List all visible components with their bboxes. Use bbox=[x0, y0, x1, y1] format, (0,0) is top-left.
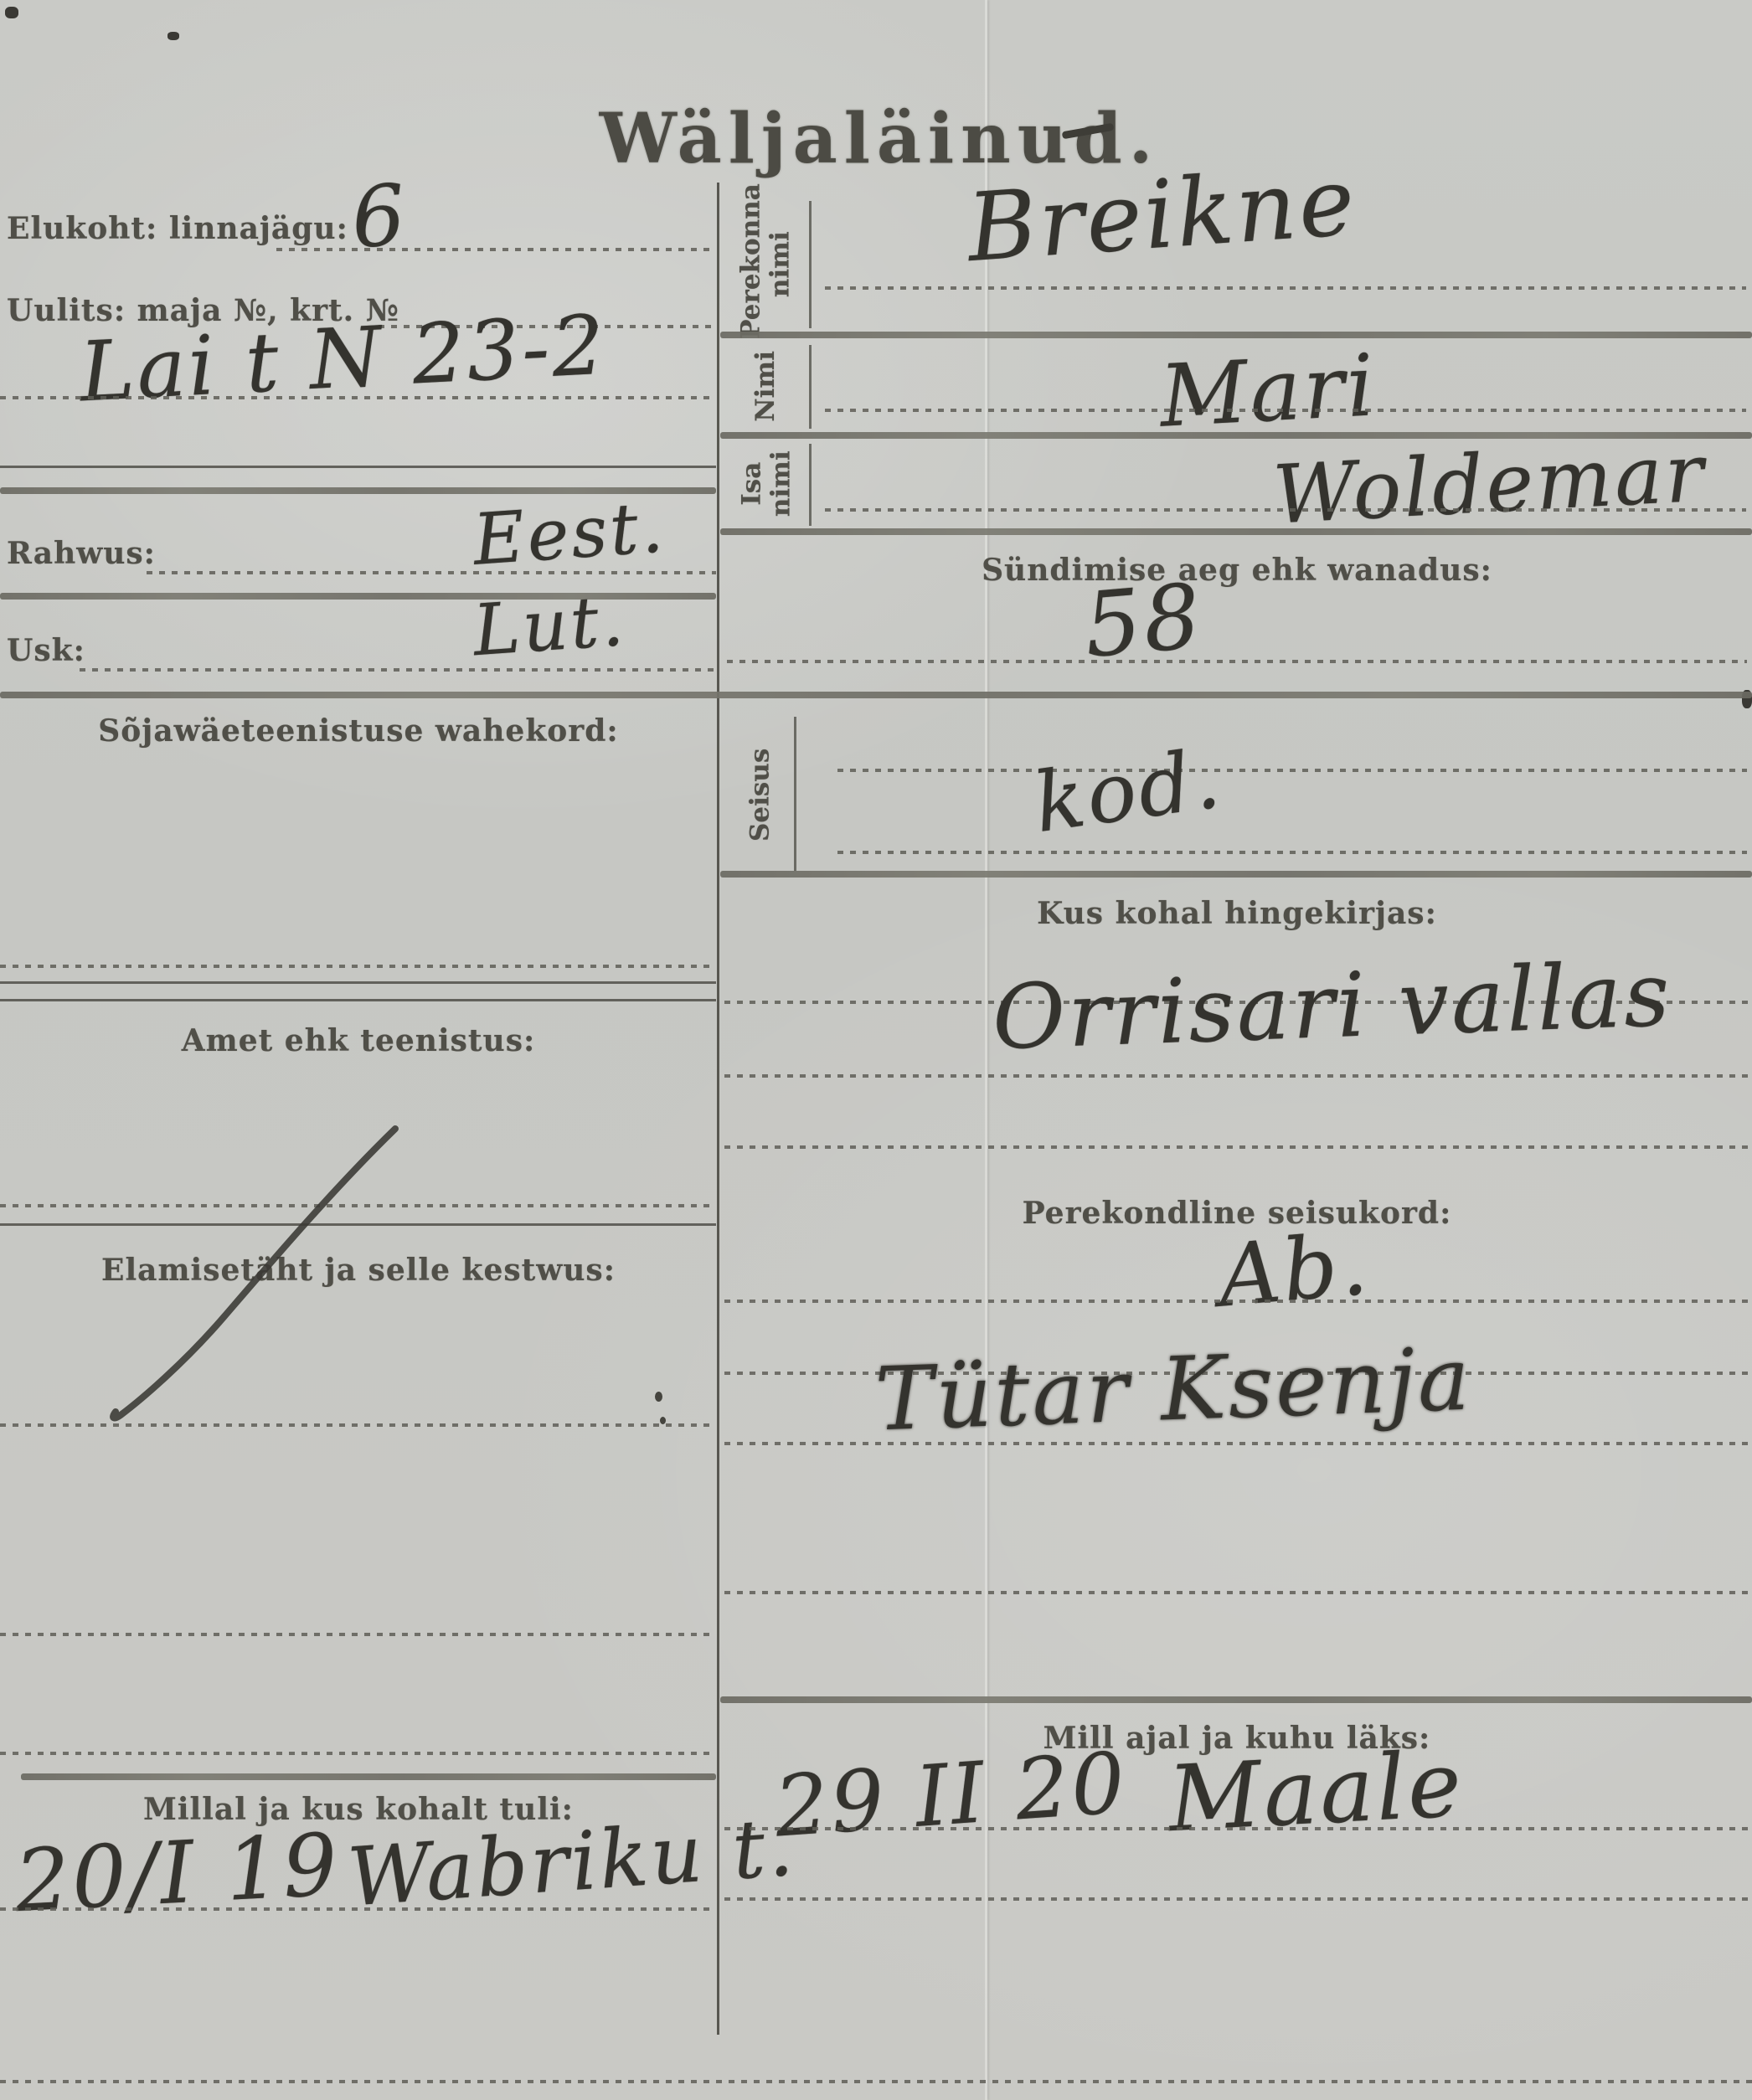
rule bbox=[720, 1696, 1752, 1703]
dotted-line bbox=[724, 1300, 1748, 1303]
dotted-line bbox=[724, 1442, 1748, 1445]
field-first-name-value: Mari bbox=[1157, 336, 1379, 446]
registration-card: Wäljaläinud. Elukoht: linnajägu: 6 Uulit… bbox=[0, 0, 1752, 2100]
field-departure-place: Maale bbox=[1166, 1732, 1466, 1852]
dotted-line bbox=[0, 1423, 716, 1427]
rule bbox=[0, 692, 1752, 698]
rule bbox=[0, 466, 716, 468]
field-nationality-label: Rahwus: bbox=[7, 536, 156, 571]
field-father-name-label: Isa nimi bbox=[737, 446, 795, 522]
rule bbox=[720, 871, 1752, 878]
field-marital-note: Tütar Ksenja bbox=[873, 1328, 1474, 1451]
dotted-line bbox=[80, 668, 716, 672]
field-first-name-label: Nimi bbox=[751, 351, 781, 422]
dotted-line bbox=[0, 396, 716, 399]
field-religion-value: Lut. bbox=[471, 579, 629, 672]
field-marital-value: Ab. bbox=[1214, 1214, 1373, 1326]
field-nationality-value: Eest. bbox=[471, 486, 668, 581]
rule bbox=[0, 981, 716, 984]
field-arrival-date: 20/I 19 bbox=[13, 1815, 342, 1932]
field-status-value: kod. bbox=[1028, 731, 1228, 852]
rule bbox=[21, 1773, 716, 1780]
dotted-line bbox=[0, 1204, 716, 1207]
dotted-line bbox=[0, 1752, 716, 1755]
ink-mark bbox=[655, 1392, 662, 1402]
field-military-label: Sõjawäeteenistuse wahekord: bbox=[0, 713, 717, 749]
field-status-label-box: Seisus bbox=[727, 718, 794, 871]
column-divider bbox=[717, 183, 719, 2035]
rule bbox=[809, 345, 812, 429]
field-status-label: Seisus bbox=[746, 748, 776, 841]
dotted-line bbox=[825, 409, 1746, 412]
dotted-line bbox=[837, 851, 1747, 854]
dotted-line bbox=[724, 1827, 1748, 1830]
rule bbox=[794, 717, 796, 871]
field-residence-label: Elukoht: linnajägu: bbox=[7, 211, 348, 246]
dotted-line bbox=[724, 1897, 1748, 1901]
dotted-line bbox=[724, 1074, 1748, 1078]
dotted-line bbox=[837, 769, 1747, 772]
dotted-line bbox=[825, 286, 1746, 290]
rule bbox=[809, 201, 812, 328]
field-surname-label: Perekonna nimi bbox=[736, 190, 794, 339]
dotted-line bbox=[276, 248, 716, 251]
field-parish-value: Orrisari vallas bbox=[991, 943, 1673, 1069]
field-permit-label: Elamisetäht ja selle kestwus: bbox=[0, 1253, 717, 1288]
field-father-name-value: Woldemar bbox=[1270, 426, 1708, 543]
paper-speck bbox=[5, 7, 18, 18]
dotted-line bbox=[147, 571, 716, 574]
field-occupation-label: Amet ehk teenistus: bbox=[0, 1023, 717, 1058]
dotted-line bbox=[825, 508, 1746, 512]
field-parish-label: Kus kohal hingekirjas: bbox=[722, 896, 1752, 931]
rule bbox=[720, 528, 1752, 535]
rule bbox=[720, 332, 1752, 338]
dotted-line bbox=[0, 965, 716, 968]
paper-speck bbox=[167, 32, 179, 40]
field-religion-label: Usk: bbox=[7, 633, 85, 668]
rule bbox=[0, 999, 716, 1001]
dotted-line bbox=[0, 1907, 716, 1911]
dotted-line bbox=[724, 1145, 1748, 1149]
dotted-line bbox=[724, 1591, 1748, 1594]
dotted-line bbox=[0, 1633, 716, 1636]
rule bbox=[809, 444, 812, 526]
field-residence-value: 6 bbox=[348, 166, 411, 267]
field-surname-label-box: Perekonna nimi bbox=[727, 194, 804, 335]
rule bbox=[0, 1223, 716, 1226]
dotted-line bbox=[727, 660, 1747, 663]
dotted-line bbox=[0, 2080, 1752, 2083]
field-birth-label: Sündimise aeg ehk wanadus: bbox=[722, 553, 1752, 588]
field-first-name-label-box: Nimi bbox=[730, 342, 801, 430]
field-father-name-label-box: Isa nimi bbox=[729, 440, 804, 528]
